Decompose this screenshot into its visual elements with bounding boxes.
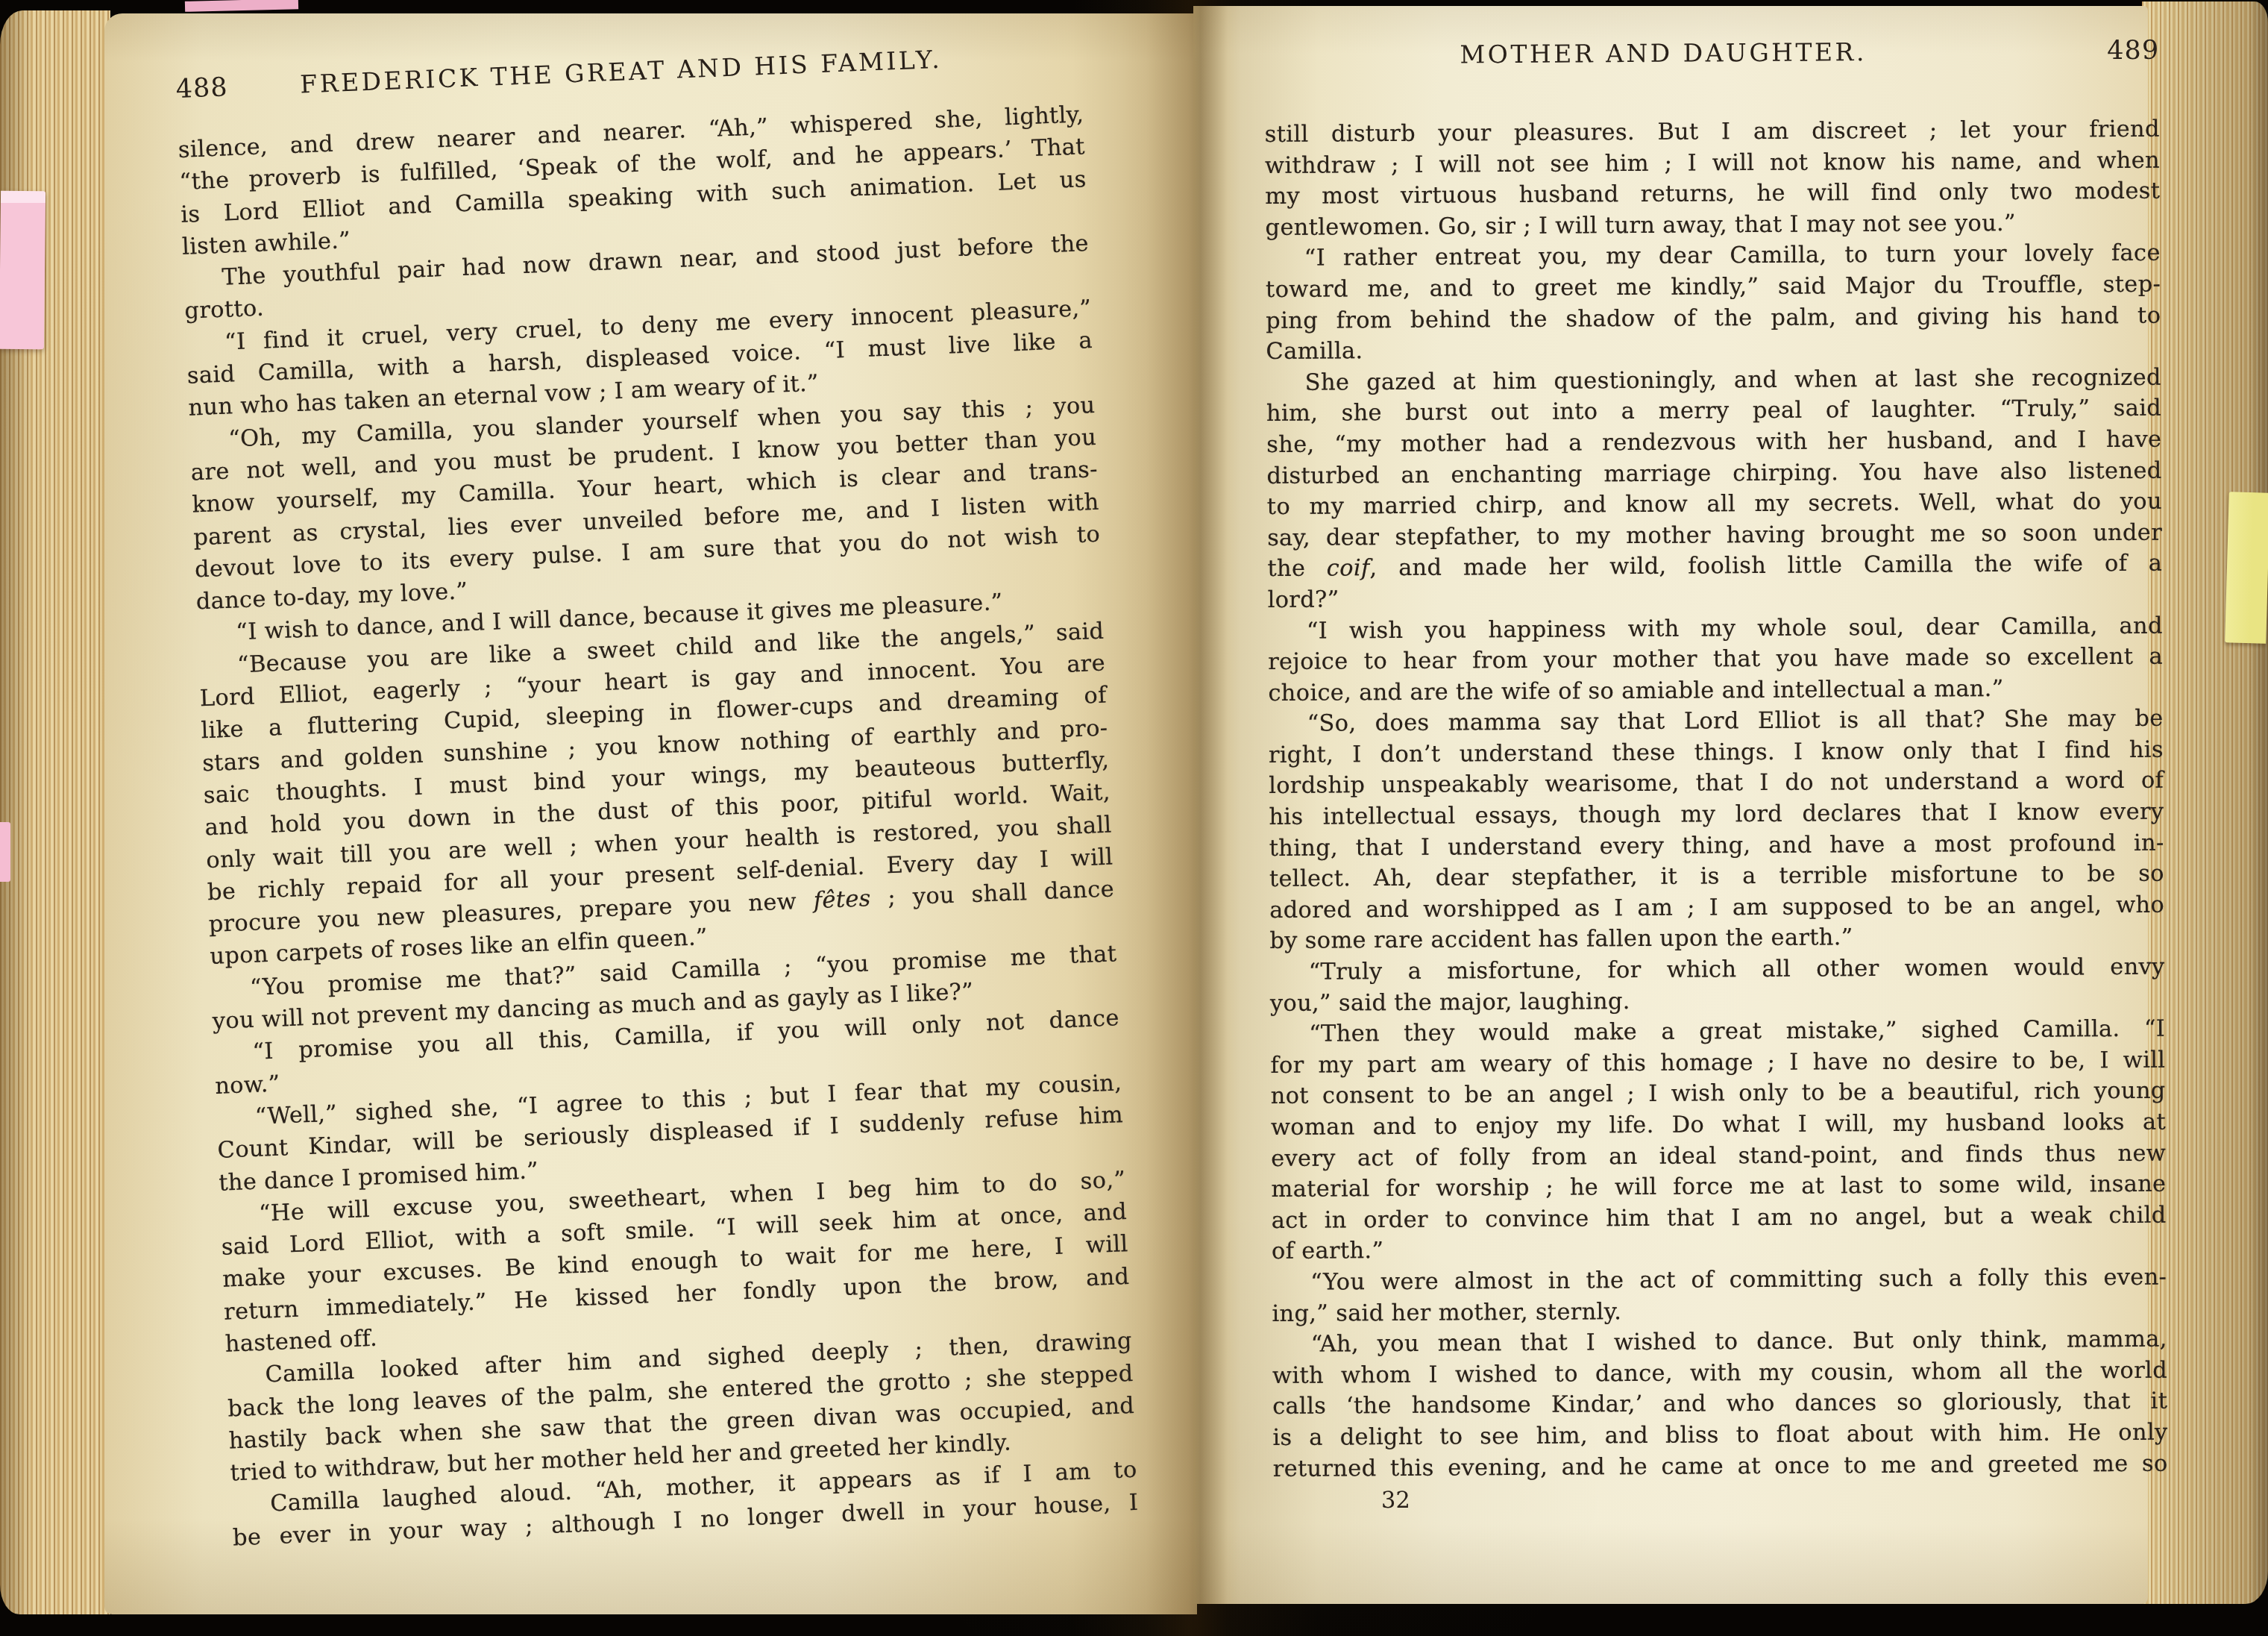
pink-bookmark-top-edge bbox=[185, 0, 298, 12]
text-line: say, dear stepfather, to my mother havin… bbox=[1267, 517, 2162, 554]
pink-sticky-note-tab bbox=[0, 191, 45, 350]
text-line: “Ah, you mean that I wished to dance. Bu… bbox=[1272, 1324, 2167, 1361]
text-line: act in order to convince him that I am n… bbox=[1272, 1200, 2167, 1236]
text-line: rejoice to hear from your mother that yo… bbox=[1268, 642, 2163, 678]
text-line: calls ‘the handsome Kindar,’ and who dan… bbox=[1272, 1386, 2167, 1423]
text-line: ing,” said her mother, sternly. bbox=[1272, 1293, 2167, 1329]
text-line: with whom I wished to dance, with my cou… bbox=[1272, 1355, 2167, 1391]
right-page-number: 489 bbox=[2107, 36, 2159, 66]
right-running-head: MOTHER AND DAUGHTER. 489 bbox=[1264, 36, 2159, 71]
right-header-title: MOTHER AND DAUGHTER. bbox=[1242, 36, 2085, 71]
text-line: she, “my mother had a rendezvous with he… bbox=[1266, 424, 2161, 461]
text-line: disturbed an enchanting marriage chirpin… bbox=[1266, 455, 2161, 492]
text-line: returned this evening, and he came at on… bbox=[1273, 1448, 2168, 1485]
text-line: “So, does mamma say that Lord Elliot is … bbox=[1268, 703, 2163, 740]
text-line: still disturb your pleasures. But I am d… bbox=[1265, 114, 2160, 151]
text-line: every act of folly from an ideal stand-p… bbox=[1271, 1138, 2166, 1174]
text-line: the coif, and made her wild, foolish lit… bbox=[1267, 548, 2162, 585]
text-line: tellect. Ah, dear stepfather, it is a te… bbox=[1269, 859, 2164, 895]
text-line: ping from behind the shadow of the palm,… bbox=[1266, 300, 2161, 336]
text-line: his intellectual essays, though my lord … bbox=[1269, 797, 2164, 833]
text-line: “I rather entreat you, my dear Camilla, … bbox=[1266, 238, 2161, 275]
text-line: She gazed at him questioningly, and when… bbox=[1266, 362, 2161, 398]
text-line: is a delight to see him, and bliss to fl… bbox=[1272, 1417, 2167, 1454]
book-photo: { "colors": { "background": "#070503", "… bbox=[0, 0, 2268, 1636]
text-line: toward me, and to greet me kindly,” said… bbox=[1266, 269, 2161, 306]
text-line: my most virtuous husband returns, he wil… bbox=[1265, 176, 2160, 213]
text-line: “You were almost in the act of committin… bbox=[1272, 1262, 2167, 1299]
text-line: Camilla. bbox=[1266, 331, 2161, 368]
text-line: woman and to enjoy my life. Do what I wi… bbox=[1271, 1107, 2166, 1144]
text-line: you,” said the major, laughing. bbox=[1270, 982, 2165, 1019]
left-page-text: 488 FREDERICK THE GREAT AND HIS FAMILY. … bbox=[175, 39, 1139, 1554]
text-line: “Then they would make a great mistake,” … bbox=[1270, 1014, 2165, 1050]
text-line: not consent to be an angel ; I wish only… bbox=[1271, 1076, 2166, 1112]
text-line: thing, that I understand every thing, an… bbox=[1269, 827, 2164, 864]
text-line: “Truly a misfortune, for which all other… bbox=[1270, 952, 2165, 988]
text-line: lordship unspeakably wearisome, that I d… bbox=[1269, 765, 2164, 802]
text-line: him, she burst out into a merry peal of … bbox=[1266, 393, 2161, 430]
right-page-text: MOTHER AND DAUGHTER. 489 still disturb y… bbox=[1264, 36, 2168, 1517]
text-line: by some rare accident has fallen upon th… bbox=[1269, 921, 2164, 957]
pink-bookmark-small-tab bbox=[0, 822, 10, 882]
text-line: gentlewomen. Go, sir ; I will turn away,… bbox=[1265, 207, 2160, 243]
left-page-body: silence, and drew nearer and nearer. “Ah… bbox=[178, 98, 1139, 1554]
text-line: adored and worshipped as I am ; I am sup… bbox=[1269, 889, 2164, 926]
text-line: withdraw ; I will not see him ; I will n… bbox=[1265, 145, 2160, 181]
text-line: to my married chirp, and know all my sec… bbox=[1267, 486, 2162, 523]
signature-mark: 32 bbox=[1273, 1481, 2168, 1517]
right-page-body: still disturb your pleasures. But I am d… bbox=[1265, 114, 2168, 1485]
text-line: for my part am weary of this homage ; I … bbox=[1270, 1044, 2165, 1081]
text-line: choice, and are the wife of so amiable a… bbox=[1268, 672, 2163, 709]
text-line: lord?” bbox=[1267, 580, 2162, 616]
yellow-bookmark-tab bbox=[2225, 492, 2268, 643]
text-line: of earth.” bbox=[1272, 1231, 2167, 1267]
text-line: material for worship ; he will force me … bbox=[1271, 1169, 2166, 1206]
text-line: “I wish you happiness with my whole soul… bbox=[1268, 610, 2163, 647]
text-line: right, I don’t understand these things. … bbox=[1269, 735, 2164, 771]
